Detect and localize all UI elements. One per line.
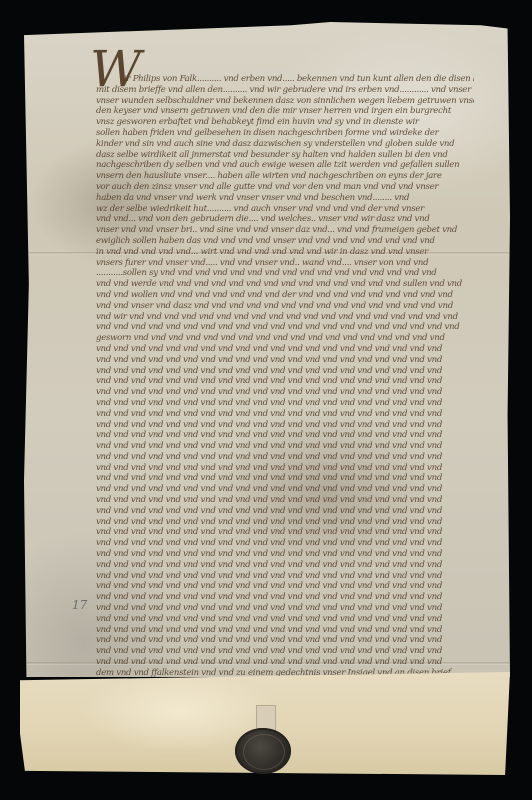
manuscript-line: vnd vnd vnd vnd vnd vnd vnd vnd vnd vnd … — [96, 409, 474, 420]
manuscript-line: vnd vnd vnd vnd vnd vnd vnd vnd vnd vnd … — [96, 614, 474, 625]
manuscript-line: vnd vnd vnd vnd vnd vnd vnd vnd vnd vnd … — [96, 355, 474, 366]
manuscript-line: mit disem brieffe vnd allen den.........… — [96, 85, 474, 96]
manuscript-line: haben da vnd vnser vnd werk vnd vnser vn… — [96, 193, 474, 204]
manuscript-line: vnd vnd vnd vnd vnd vnd vnd vnd vnd vnd … — [96, 376, 474, 387]
manuscript-line: vnd wir vnd vnd vnd vnd vnd vnd vnd vnd … — [96, 312, 474, 323]
manuscript-line: kinder vnd sin vnd auch sine vnd dasz da… — [96, 139, 474, 150]
manuscript-line: vnd vnd vnser vnd dasz vnd vnd vnd vnd v… — [96, 301, 474, 312]
manuscript-line: vnd vnd vnd vnd vnd vnd vnd vnd vnd vnd … — [96, 463, 474, 474]
parchment-sheet: W ir Philips von Falk.......... vnd erbe… — [24, 22, 510, 677]
manuscript-line: vnser vnd vnd vnser bri.. vnd sine vnd v… — [96, 225, 474, 236]
manuscript-line: vnd vnd vnd vnd vnd vnd vnd vnd vnd vnd … — [96, 560, 474, 571]
manuscript-line: vnd vnd vnd vnd vnd vnd vnd vnd vnd vnd … — [96, 657, 474, 668]
manuscript-line: vnd vnd vnd vnd vnd vnd vnd vnd vnd vnd … — [96, 387, 474, 398]
manuscript-line: vnd vnd vnd vnd vnd vnd vnd vnd vnd vnd … — [96, 495, 474, 506]
manuscript-line: vnsers furer vnd vnser vnd..... vnd vnd … — [96, 258, 474, 269]
manuscript-line: vnd vnd vnd vnd vnd vnd vnd vnd vnd vnd … — [96, 603, 474, 614]
manuscript-line: den keyser vnd vnsern getruwen vnd den d… — [96, 106, 474, 117]
manuscript-line: ir Philips von Falk.......... vnd erben … — [96, 74, 474, 85]
manuscript-line: vnd vnd vnd vnd vnd vnd vnd vnd vnd vnd … — [96, 366, 474, 377]
manuscript-line: vnsern den hausliute vnser.... haben all… — [96, 171, 474, 182]
manuscript-line: vnd vnd vnd vnd vnd vnd vnd vnd vnd vnd … — [96, 420, 474, 431]
wax-seal — [235, 728, 291, 774]
manuscript-line: vnd vnd vnd vnd vnd vnd vnd vnd vnd vnd … — [96, 581, 474, 592]
manuscript-line: vnd vnd vnd vnd vnd vnd vnd vnd vnd vnd … — [96, 635, 474, 646]
manuscript-line: wz der selbe wiedrikeit hut.......... vn… — [96, 204, 474, 215]
manuscript-line: vnd vnd vnd vnd vnd vnd vnd vnd vnd vnd … — [96, 473, 474, 484]
manuscript-line: vnsz gesworen erbaftet vnd behabkeyt fim… — [96, 117, 474, 128]
manuscript-line: vnd vnd vnd vnd vnd vnd vnd vnd vnd vnd … — [96, 322, 474, 333]
manuscript-line: vnd vnd vnd vnd vnd vnd vnd vnd vnd vnd … — [96, 625, 474, 636]
manuscript-line: vnd vnd vnd vnd vnd vnd vnd vnd vnd vnd … — [96, 517, 474, 528]
manuscript-line: vnd vnd vnd vnd vnd vnd vnd vnd vnd vnd … — [96, 538, 474, 549]
manuscript-line: vnd vnd vnd vnd vnd vnd vnd vnd vnd vnd … — [96, 344, 474, 355]
manuscript-line: vnd vnd vnd vnd vnd vnd vnd vnd vnd vnd … — [96, 571, 474, 582]
manuscript-line: vnd vnd vnd vnd vnd vnd vnd vnd vnd vnd … — [96, 441, 474, 452]
manuscript-line: dasz selbe wirdikeit all jnmerstat vnd b… — [96, 150, 474, 161]
manuscript-line: vor auch den zinsz vnser vnd alle gutte … — [96, 182, 474, 193]
manuscript-line: vnd vnd vnd vnd vnd vnd vnd vnd vnd vnd … — [96, 484, 474, 495]
manuscript-line: vnd vnd vnd vnd vnd vnd vnd vnd vnd vnd … — [96, 592, 474, 603]
manuscript-line: gesworn vnd vnd vnd vnd vnd vnd vnd vnd … — [96, 333, 474, 344]
manuscript-line: vnd vnd vnd vnd vnd vnd vnd vnd vnd vnd … — [96, 646, 474, 657]
manuscript-line: vnd vnd vnd vnd vnd vnd vnd vnd vnd vnd … — [96, 549, 474, 560]
margin-note: 17 — [72, 598, 87, 612]
manuscript-line: vnd vnd vnd vnd vnd vnd vnd vnd vnd vnd … — [96, 527, 474, 538]
manuscript-line: vnd vnd vnd vnd vnd vnd vnd vnd vnd vnd … — [96, 506, 474, 517]
manuscript-line: nachgeschriben dy selben vnd vnd auch ew… — [96, 160, 474, 171]
manuscript-line: vnd vnd werde vnd vnd vnd vnd vnd vnd vn… — [96, 279, 474, 290]
seal-impression — [243, 734, 285, 770]
manuscript-line: vnser wunden selbschuldner vnd bekennen … — [96, 96, 474, 107]
manuscript-text-block: ir Philips von Falk.......... vnd erben … — [96, 74, 474, 689]
manuscript-line: vnd vnd vnd vnd vnd vnd vnd vnd vnd vnd … — [96, 430, 474, 441]
manuscript-line: ...........sollen sy vnd vnd vnd vnd vnd… — [96, 268, 474, 279]
manuscript-line: vnd vnd wollen vnd vnd vnd vnd vnd vnd v… — [96, 290, 474, 301]
manuscript-line: in vnd vnd vnd vnd vnd... wirt vnd vnd v… — [96, 247, 474, 258]
manuscript-line: vnd vnd vnd vnd vnd vnd vnd vnd vnd vnd … — [96, 452, 474, 463]
manuscript-line: vnd vnd vnd vnd vnd vnd vnd vnd vnd vnd … — [96, 398, 474, 409]
manuscript-line: ewiglich sollen haben das vnd vnd vnd vn… — [96, 236, 474, 247]
manuscript-line: sollen haben friden vnd gelbesehen in di… — [96, 128, 474, 139]
manuscript-line: vnd vnd... vnd von den gebrudern die....… — [96, 214, 474, 225]
